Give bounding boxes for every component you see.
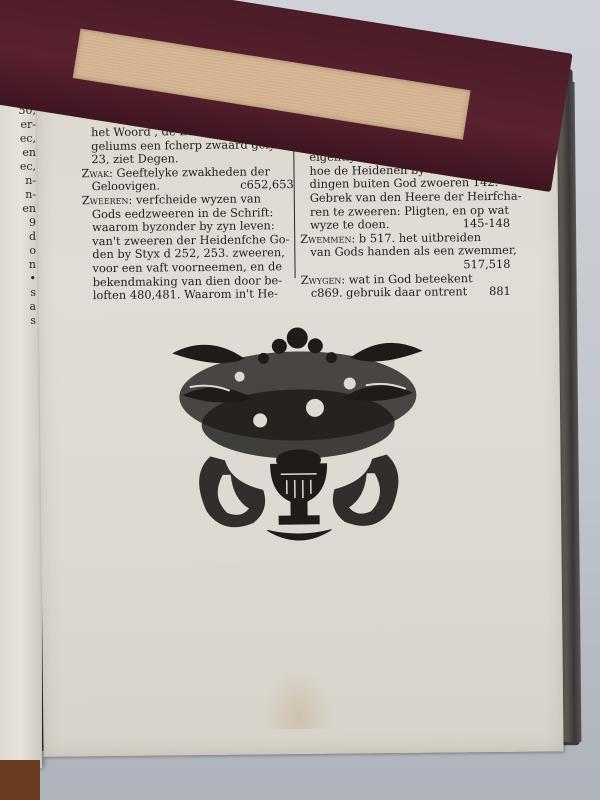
- page-reference: 145-148: [463, 217, 510, 231]
- index-headword: Zwemmen:: [300, 231, 355, 246]
- table-corner: [0, 760, 40, 800]
- index-text: Geloovigen.: [92, 179, 160, 194]
- index-entry-line: loften 480,481. Waarom in't He-: [83, 287, 295, 303]
- page-reference: c652,653: [240, 178, 294, 192]
- page-reference: 881: [489, 285, 511, 299]
- index-text: loften 480,481. Waarom in't He-: [93, 286, 278, 302]
- left-page-text: ee: cen 50, er- ec, en ec, n- n- en 9 d …: [2, 76, 36, 328]
- index-text: 23, ziet Degen.: [91, 151, 178, 166]
- index-headword: Zwygen:: [301, 272, 346, 286]
- index-text: c869. gebruik daar ontrent: [311, 284, 468, 300]
- floral-vase-woodcut-icon: [169, 323, 427, 552]
- index-entry-line: c869. gebruik daar ontrent881: [301, 285, 511, 301]
- left-column: het Woord , de Leere des Euan-geliums ee…: [81, 124, 295, 303]
- left-page: ee: cen 50, er- ec, en ec, n- n- en 9 d …: [0, 28, 42, 768]
- index-headword: Zwak:: [81, 166, 112, 180]
- water-stain: [263, 669, 334, 730]
- index-text: wyze te doen.: [310, 217, 389, 232]
- page-reference: 517,518: [463, 258, 510, 272]
- index-headword: Zweeren:: [82, 193, 133, 208]
